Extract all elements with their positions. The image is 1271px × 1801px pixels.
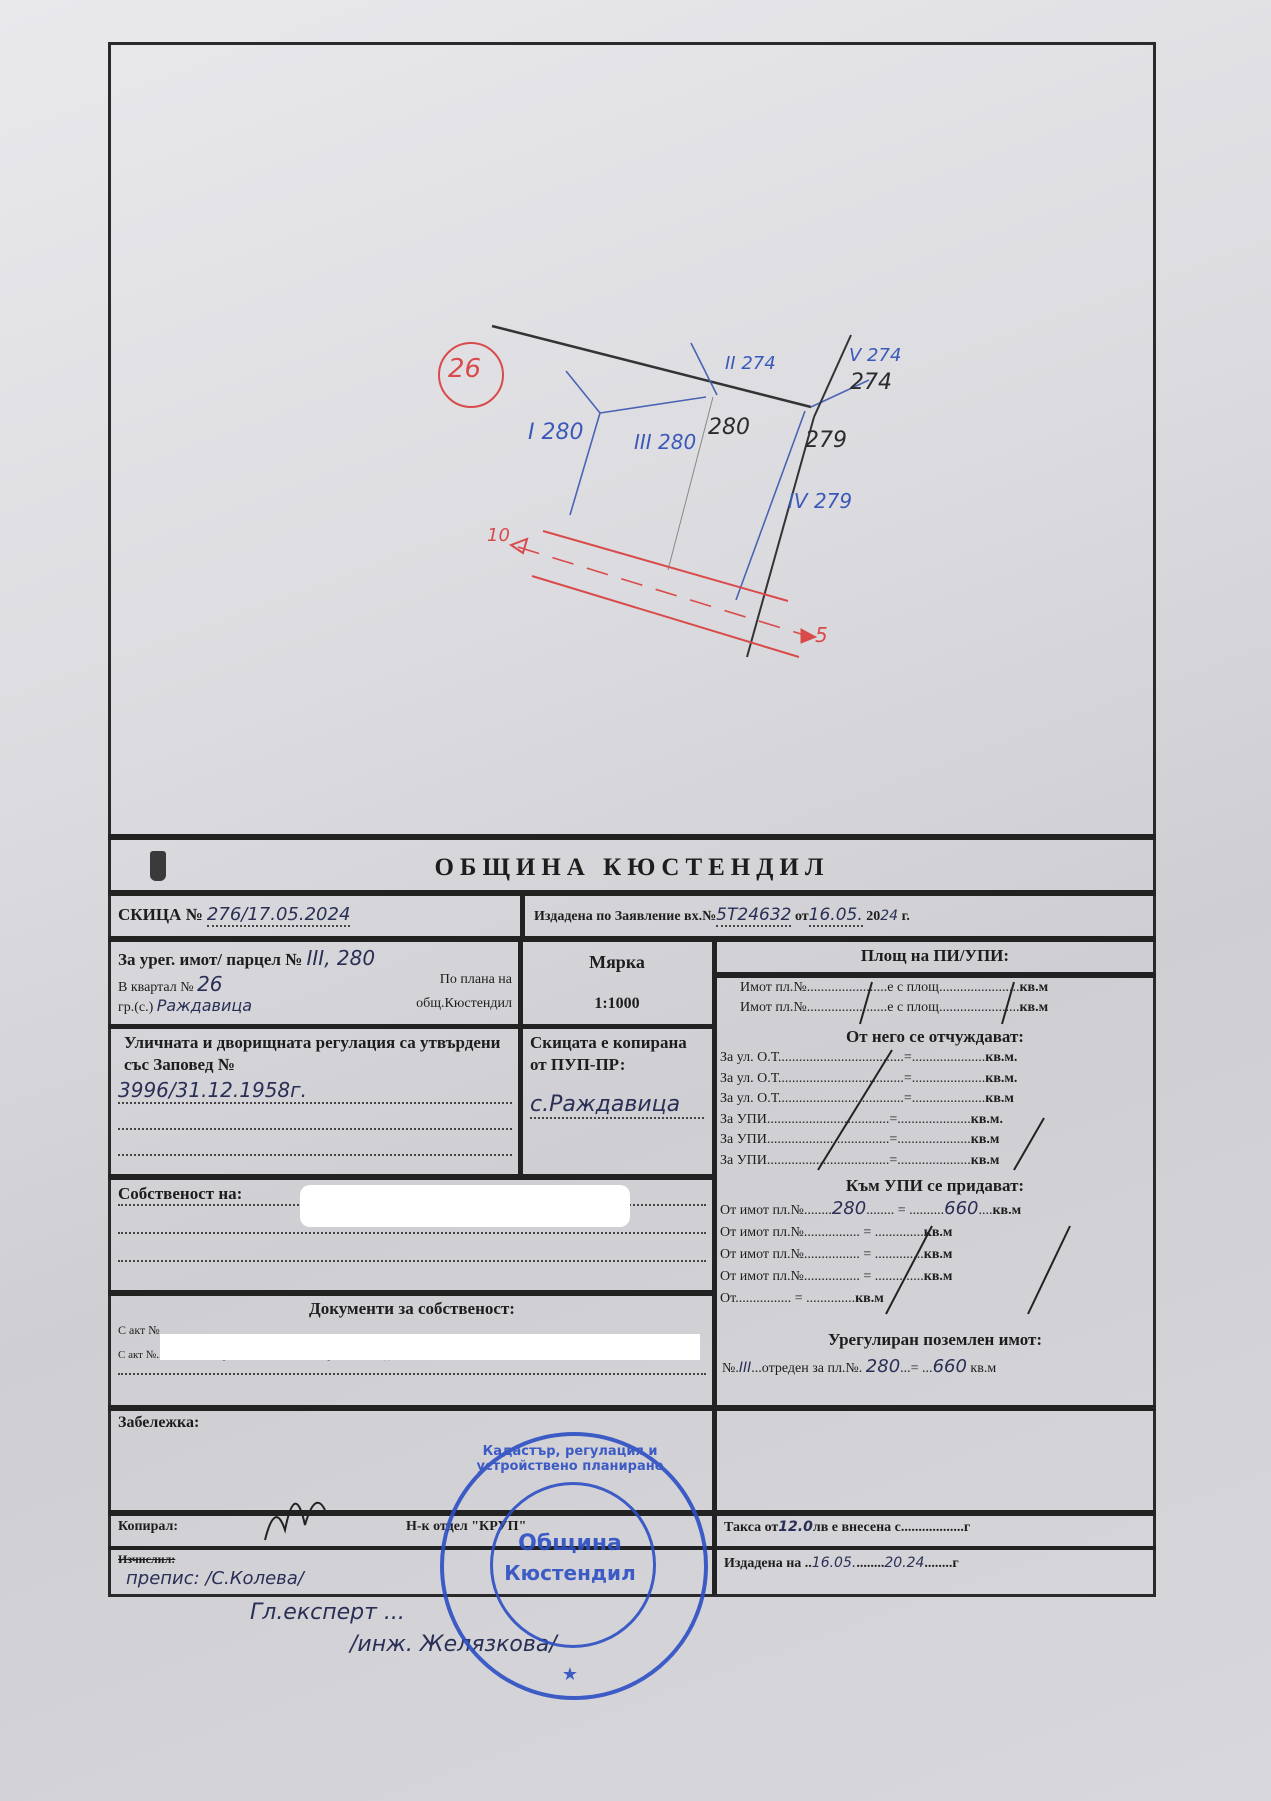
stamp-ring-text: Кадастър, регулация и устройствено плани… (444, 1444, 696, 1474)
block-number: 26 (448, 354, 481, 384)
redacted-documents (160, 1334, 700, 1360)
application-label: Издадена по Заявление вх.№ (534, 909, 716, 924)
divider (712, 1510, 717, 1595)
skica-value: 276/17.05.2024 (207, 904, 350, 927)
divider (108, 890, 1156, 896)
scale-field: Мярка 1:1000 (524, 944, 710, 1024)
divider (108, 936, 1156, 942)
regulation-field: Уличната и дворищната регулация са утвър… (112, 1030, 518, 1172)
divider (108, 1290, 714, 1296)
blank-line (118, 1104, 512, 1130)
official-stamp: Община Кюстендил Кадастър, регулация и у… (440, 1432, 708, 1700)
copied-from-field: Скицата е копирана от ПУП-ПР: с.Раждавиц… (524, 1030, 710, 1172)
settlement-value: Раждавица (157, 996, 252, 1015)
regulated-row: №.III...отреден за пл.№. 280...= ...660 … (722, 1356, 996, 1377)
scale-value: 1:1000 (530, 995, 704, 1013)
blank-line (118, 1130, 512, 1156)
scale-label: Мярка (530, 952, 704, 973)
signature-icon (255, 1470, 335, 1550)
plan-label: По плана на (440, 972, 512, 988)
label-ot-10: 10 (487, 525, 510, 546)
redacted-owner (300, 1185, 630, 1227)
regulated-title: Урегулиран поземлен имот: (720, 1330, 1150, 1350)
application-number: 5T24632 (716, 905, 791, 927)
issued-end: г (952, 1556, 958, 1571)
divider (108, 1024, 714, 1029)
parcel-field: За урег. имот/ парцел № III, 280 В кварт… (112, 944, 518, 1022)
strike-lines (714, 978, 1154, 1328)
regulated-unit: кв.м (970, 1361, 996, 1376)
fee-value: 12.0 (778, 1519, 813, 1535)
divider (108, 834, 1156, 840)
blank-line (118, 1361, 706, 1375)
parcel-label: За урег. имот/ парцел № (118, 950, 302, 969)
application-from-label: от (795, 909, 809, 924)
label-280: 280 (708, 415, 750, 440)
area-title: Площ на ПИ/УПИ: (718, 944, 1152, 974)
label-i-280: I 280 (528, 420, 583, 445)
regulation-value: 3996/31.12.1958г. (118, 1078, 512, 1104)
fee-label: Такса от (724, 1520, 778, 1535)
sketch-drawing (111, 45, 1153, 830)
stamp-star-icon: ★ (444, 1664, 696, 1685)
issued-year: 20.24 (884, 1555, 924, 1571)
fee-rest: лв е внесена с (813, 1520, 901, 1535)
issued-date: 16.05. (812, 1555, 857, 1571)
blank-line (118, 1234, 706, 1262)
divider (518, 938, 523, 1178)
settlement-prefix: гр.(с.) (118, 1000, 153, 1015)
label-279: 279 (805, 428, 847, 453)
label-v-274: V 274 (849, 345, 901, 366)
application-year-prefix: 20 (866, 909, 880, 924)
quarter-label: В квартал № (118, 980, 194, 995)
skica-label: СКИЦА № (118, 905, 203, 924)
divider (108, 1405, 1156, 1411)
skica-field: СКИЦА № 276/17.05.2024 (112, 898, 520, 934)
transcript-note: препис: /С.Колева/ (120, 1566, 450, 1594)
issued-label: Издадена на (724, 1556, 801, 1571)
application-field: Издадена по Заявление вх.№5T24632 от16.0… (528, 898, 1153, 934)
fee-end: г (964, 1520, 970, 1535)
copied-from-label: Скицата е копирана от ПУП-ПР: (530, 1032, 704, 1076)
cadastral-sketch: 26 II 274 V 274 274 I 280 III 280 280 27… (111, 45, 1153, 830)
application-date: 16.05. (809, 905, 863, 927)
fee-field: Такса от12.0лв е внесена с..............… (718, 1517, 1152, 1545)
parcel-value: III, 280 (307, 946, 376, 970)
label-iii-280: III 280 (634, 430, 696, 454)
copied-from-value: с.Раждавица (530, 1092, 704, 1119)
regulated-area: 660 (933, 1356, 967, 1377)
expert-line-1: Гл.експерт ... (250, 1600, 405, 1625)
regulated-number: III (739, 1360, 751, 1376)
application-year-end: г. (902, 909, 910, 924)
divider (520, 896, 525, 938)
stamp-line-1: Община (444, 1531, 696, 1556)
quarter-value: 26 (197, 972, 222, 996)
municipality-label: общ.Кюстендил (416, 996, 512, 1012)
regulated-prefix: №. (722, 1361, 739, 1376)
application-year: 24 (880, 908, 898, 924)
issued-field: Издадена на ..16.05.........20.24.......… (718, 1553, 1152, 1583)
label-ii-274: II 274 (725, 353, 776, 374)
regulation-label: Уличната и дворищната регулация са утвър… (118, 1032, 512, 1076)
divider (108, 1174, 714, 1180)
label-iv-279: IV 279 (788, 489, 852, 513)
regulated-mid: отреден за пл.№. (762, 1361, 863, 1376)
regulated-plot: 280 (866, 1356, 900, 1377)
label-ot-5: 5 (815, 623, 828, 647)
municipality-title: ОБЩИНА КЮСТЕНДИЛ (111, 846, 1153, 890)
note-label: Забележка: (112, 1412, 712, 1440)
stamp-line-2: Кюстендил (444, 1561, 696, 1585)
documents-label: Документи за собственост: (118, 1299, 706, 1319)
label-274: 274 (850, 370, 892, 395)
